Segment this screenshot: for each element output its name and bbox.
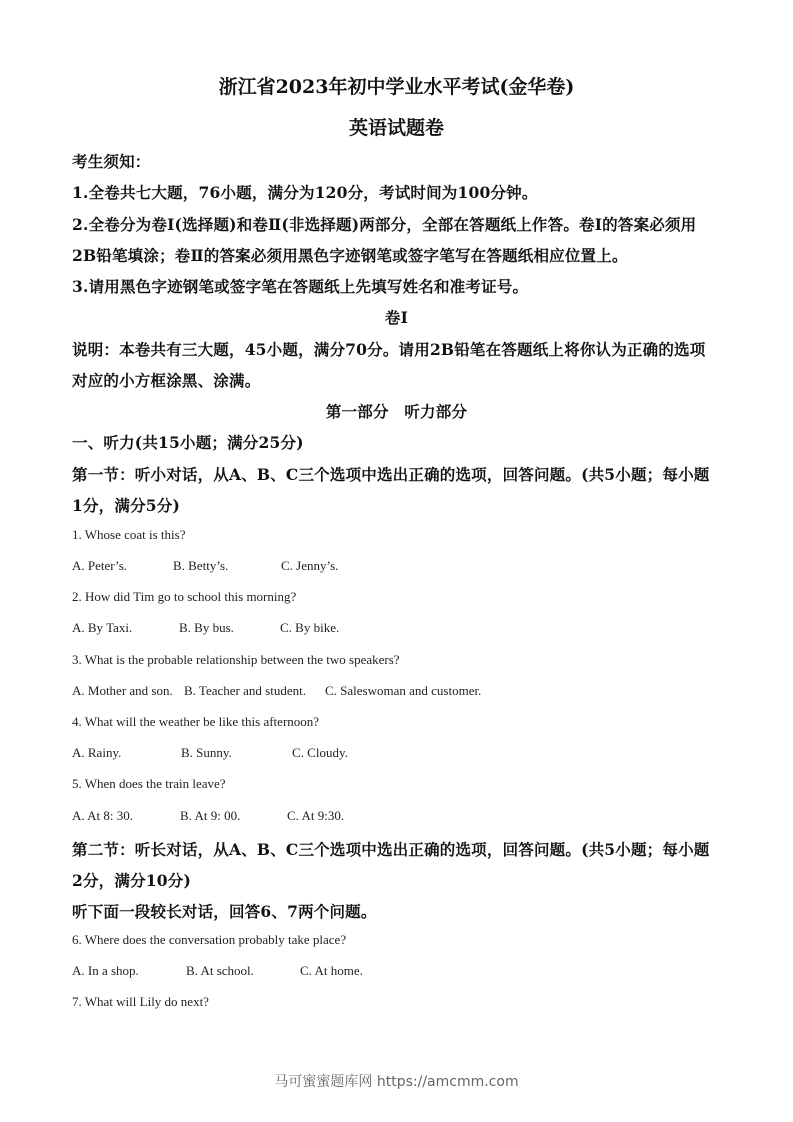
page-title: 浙江省2023年初中学业水平考试(金华卷) bbox=[0, 72, 793, 99]
question-stem: 1. Whose coat is this? bbox=[72, 527, 186, 543]
option-c: C. At home. bbox=[300, 963, 363, 979]
volume-heading: 卷Ⅰ bbox=[0, 306, 793, 328]
option-b: B. Sunny. bbox=[181, 745, 232, 761]
option-a: A. Mother and son. bbox=[72, 683, 173, 699]
notice-item-3: 3.请用黑色字迹钢笔或签字笔在答题纸上先填写姓名和准考证号。 bbox=[72, 275, 528, 297]
option-c: C. Jenny’s. bbox=[281, 558, 338, 574]
notice-heading: 考生须知： bbox=[72, 150, 151, 172]
section2-sub-instruction: 听下面一段较长对话，回答6、7两个问题。 bbox=[72, 900, 377, 922]
question-stem: 7. What will Lily do next? bbox=[72, 994, 209, 1010]
section1-instruction-cont: 1分，满分5分) bbox=[72, 494, 180, 516]
option-c: C. Cloudy. bbox=[292, 745, 348, 761]
notice-item-1: 1.全卷共七大题，76小题，满分为120分，考试时间为100分钟。 bbox=[72, 181, 538, 203]
option-b: B. At school. bbox=[186, 963, 254, 979]
option-a: A. At 8: 30. bbox=[72, 808, 133, 824]
option-b: B. At 9: 00. bbox=[180, 808, 240, 824]
option-c: C. At 9:30. bbox=[287, 808, 344, 824]
option-b: B. By bus. bbox=[179, 620, 234, 636]
option-a: A. By Taxi. bbox=[72, 620, 132, 636]
option-b: B. Teacher and student. bbox=[184, 683, 306, 699]
question-stem: 3. What is the probable relationship bet… bbox=[72, 652, 400, 668]
option-c: C. By bike. bbox=[280, 620, 339, 636]
option-c: C. Saleswoman and customer. bbox=[325, 683, 481, 699]
option-b: B. Betty’s. bbox=[173, 558, 228, 574]
part-heading: 第一部分 听力部分 bbox=[0, 400, 793, 422]
question-stem: 5. When does the train leave? bbox=[72, 776, 226, 792]
section2-instruction-cont: 2分，满分10分) bbox=[72, 869, 191, 891]
section1-instruction: 第一节：听小对话，从A、B、C三个选项中选出正确的选项，回答问题。(共5小题；每… bbox=[72, 463, 710, 485]
option-a: A. In a shop. bbox=[72, 963, 139, 979]
notice-item-2: 2.全卷分为卷Ⅰ(选择题)和卷Ⅱ(非选择题)两部分，全部在答题纸上作答。卷Ⅰ的答… bbox=[72, 213, 696, 235]
watermark-footer: 马可蜜蜜题库网 https://amcmm.com bbox=[0, 1071, 793, 1091]
option-a: A. Rainy. bbox=[72, 745, 121, 761]
section2-instruction: 第二节：听长对话，从A、B、C三个选项中选出正确的选项，回答问题。(共5小题；每… bbox=[72, 838, 710, 860]
question-stem: 4. What will the weather be like this af… bbox=[72, 714, 319, 730]
volume-instructions-cont: 对应的小方框涂黑、涂满。 bbox=[72, 369, 260, 391]
notice-item-2-cont: 2B铅笔填涂；卷Ⅱ的答案必须用黑色字迹钢笔或签字笔写在答题纸相应位置上。 bbox=[72, 244, 628, 266]
volume-instructions: 说明：本卷共有三大题，45小题，满分70分。请用2B铅笔在答题纸上将你认为正确的… bbox=[72, 338, 705, 360]
question-stem: 2. How did Tim go to school this morning… bbox=[72, 589, 296, 605]
page-subtitle: 英语试题卷 bbox=[0, 113, 793, 140]
option-a: A. Peter’s. bbox=[72, 558, 127, 574]
question-stem: 6. Where does the conversation probably … bbox=[72, 932, 346, 948]
exam-page: 浙江省2023年初中学业水平考试(金华卷) 英语试题卷 考生须知： 1.全卷共七… bbox=[0, 0, 793, 1122]
section-heading: 一、听力(共15小题；满分25分) bbox=[72, 431, 304, 453]
